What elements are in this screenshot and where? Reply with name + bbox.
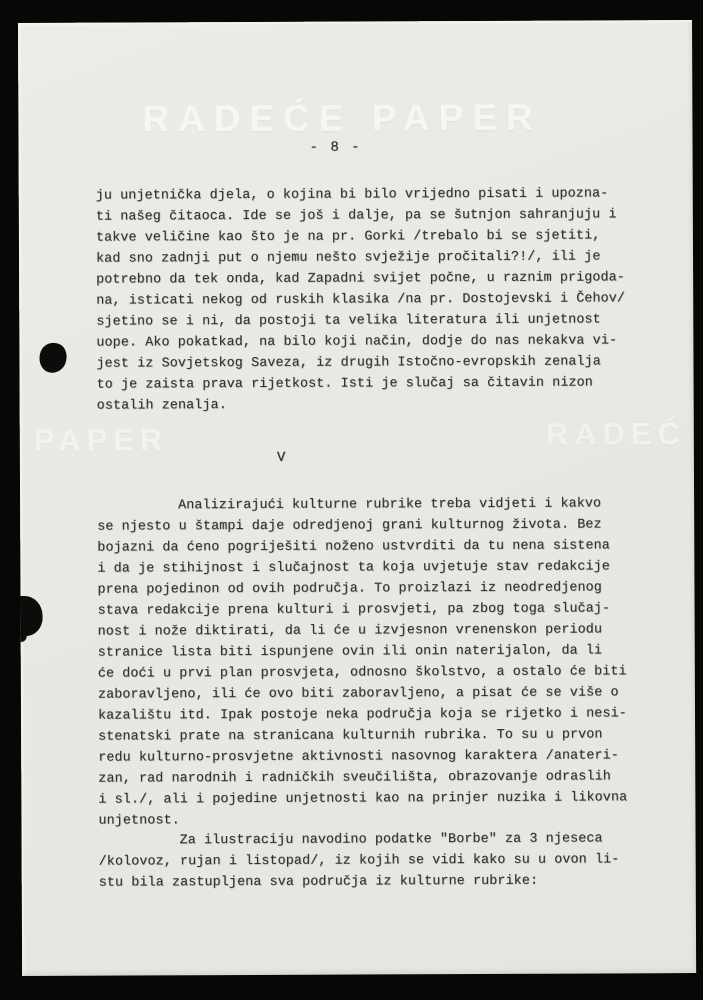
scanned-document-screenshot: { "page": { "number_label": "- 8 -", "se… bbox=[0, 0, 703, 1000]
text-line: kazalištu itd. Ipak postoje neka područj… bbox=[98, 703, 650, 726]
watermark-mid-right: RADEĆ bbox=[546, 416, 686, 453]
text-line: uope. Ako pokatkad, na bilo koji način, … bbox=[96, 330, 648, 353]
text-line: sjetino se i ni, da postoji ta velika li… bbox=[96, 309, 648, 332]
text-line: će doći u prvi plan prosvjeta, odnosno š… bbox=[98, 661, 650, 684]
paragraph-2: Analizirajući kulturne rubrike treba vid… bbox=[97, 493, 650, 831]
text-line: zaboravljeno, ili će ovo biti zaboravlje… bbox=[98, 682, 650, 705]
text-line: ju unjetnička djela, o kojina bi bilo vr… bbox=[96, 183, 648, 206]
text-line: stava redakcije prena kulturi i prosvjet… bbox=[98, 598, 650, 621]
text-line: stranice lista biti ispunjene ovin ili o… bbox=[98, 640, 650, 663]
page-number: - 8 - bbox=[96, 139, 576, 157]
text-line: se njesto u štampi daje odredjenoj grani… bbox=[97, 514, 649, 537]
text-line: potrebno da tek onda, kad Zapadni svijet… bbox=[96, 267, 648, 290]
section-heading: V bbox=[277, 450, 285, 466]
text-line: Za ilustraciju navodino podatke "Borbe" … bbox=[99, 828, 651, 851]
watermark-top: RADEĆE PAPER bbox=[142, 97, 541, 141]
text-line: kad sno zadnji put o njemu nešto svježij… bbox=[96, 246, 648, 269]
ink-blot-left-edge-tail bbox=[18, 631, 27, 642]
text-line: i da je stihijnost i slučajnost ta koja … bbox=[97, 556, 649, 579]
text-line: na, isticati nekog od ruskih klasika /na… bbox=[96, 288, 648, 311]
text-line: nost i nože diktirati, da li će u izvjes… bbox=[98, 619, 650, 642]
paragraph-3: Za ilustraciju navodino podatke "Borbe" … bbox=[99, 828, 651, 893]
ink-blot bbox=[37, 340, 70, 375]
text-line: stu bila zastupljena sva područja iz kul… bbox=[99, 870, 651, 893]
text-line: bojazni da ćeno pogriješiti noženo ustvr… bbox=[97, 535, 649, 558]
text-line: i sl./, ali i pojedine unjetnosti kao na… bbox=[98, 787, 650, 810]
text-line: prena pojedinon od ovih područja. To pro… bbox=[97, 577, 649, 600]
text-line: Analizirajući kulturne rubrike treba vid… bbox=[97, 493, 649, 516]
text-line: takve veličine kao što je na pr. Gorki /… bbox=[96, 225, 648, 248]
text-line: ostalih zenalja. bbox=[97, 393, 649, 416]
text-line: stenatski prate na stranicana kulturnih … bbox=[98, 724, 650, 747]
text-line: /kolovoz, rujan i listopad/, iz kojih se… bbox=[99, 849, 651, 872]
text-line: zan, rad narodnih i radničkih sveučilišt… bbox=[98, 766, 650, 789]
text-line: jest iz Sovjetskog Saveza, iz drugih Ist… bbox=[96, 351, 648, 374]
watermark-mid-left: PAPER bbox=[34, 422, 169, 459]
scanned-paper-page: RADEĆE PAPER PAPER RADEĆ - 8 - ju unjetn… bbox=[18, 20, 696, 976]
paragraph-1: ju unjetnička djela, o kojina bi bilo vr… bbox=[96, 183, 649, 416]
text-line: to je zaista prava rijetkost. Isti je sl… bbox=[97, 372, 649, 395]
text-line: redu kulturno-prosvjetne aktivnosti naso… bbox=[98, 745, 650, 768]
ink-blot-left-edge bbox=[18, 596, 43, 636]
text-line: ti našeg čitaoca. Ide se još i dalje, pa… bbox=[96, 204, 648, 227]
